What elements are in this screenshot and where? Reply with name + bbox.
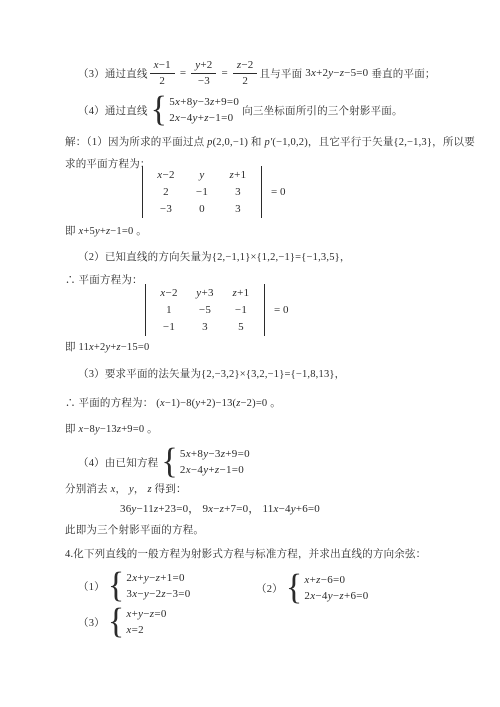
fraction-y: y+2 −3 [191, 59, 216, 87]
equals-sign: = [221, 67, 227, 79]
left-brace: { [151, 91, 168, 129]
solution1-text-line1: 解：（1）因为所求的平面过点 p(2,0,−1) 和 p′(−1,0,2)，且它… [65, 134, 475, 149]
question4-sub2-equation-1: x+z−6=0 [304, 574, 368, 586]
solution4-projection-equations: 36y−11z+23=0， 9x−z+7=0， 11x−4y+6=0 [120, 500, 320, 516]
problem3-lead: （3）通过直线 [78, 66, 148, 81]
question4-sub3-equation-2: x=2 [126, 624, 166, 636]
problem4-system: { 5x+8y−3z+9=0 2x−4y+z−1=0 [151, 92, 240, 128]
solution4-conclusion: 此即为三个射影平面的方程。 [65, 522, 204, 537]
determinant-1-rhs: = 0 [271, 186, 285, 198]
fraction-z: z−2 2 [233, 59, 258, 87]
determinant-1: x−2 y z+1 2 −1 3 −3 0 3 = 0 [142, 166, 285, 218]
solution4-line: （4）由已知方程 { 5x+8y−3z+9=0 2x−4y+z−1=0 [78, 442, 253, 482]
solution4-equation-2: 2x−4y+z−1=0 [180, 464, 250, 476]
solution2-text-line2: ∴ 平面方程为： [65, 272, 143, 287]
problem4-tail: 向三坐标面所引的三个射影平面。 [242, 103, 403, 118]
solution3-text-line2: ∴ 平面的方程为： (x−1)−8(y+2)−13(z−2)=0 。 [65, 395, 281, 410]
question4-sub1-label: （1） [78, 579, 105, 594]
question4-sub3: （3） { x+y−z=0 x=2 [78, 602, 170, 642]
fraction-z-numerator: z−2 [233, 59, 258, 74]
solution2-text-line1: （2）已知直线的方向矢量为{2,−1,1}×{1,2,−1}={−1,3,5}， [78, 249, 351, 264]
determinant-2: x−2 y+3 z+1 1 −5 −1 −1 3 5 = 0 [145, 284, 288, 336]
fraction-z-denominator: 2 [233, 74, 258, 88]
solution4-system: { 5x+8y−3z+9=0 2x−4y+z−1=0 [161, 444, 250, 480]
fraction-x: x−1 2 [150, 59, 175, 87]
left-brace: { [108, 567, 125, 605]
problem4-equation-1: 5x+8y−3z+9=0 [169, 96, 239, 108]
problem4-equation-2: 2x−4y+z−1=0 [169, 112, 239, 124]
fraction-x-denominator: 2 [150, 74, 175, 88]
question4-heading: 4.化下列直线的一般方程为射影式方程与标准方程，并求出直线的方向余弦： [65, 546, 426, 561]
solution1-result: 即 x+5y+z−1=0 。 [65, 223, 147, 238]
solution3-result: 即 x−8y−13z+9=0 。 [65, 421, 158, 436]
fraction-x-numerator: x−1 [150, 59, 175, 74]
determinant-2-rhs: = 0 [274, 304, 288, 316]
question4-sub2-system: { x+z−6=0 2x−4y−z+6=0 [286, 570, 369, 606]
question4-sub2: （2） { x+z−6=0 2x−4y−z+6=0 [256, 568, 372, 608]
question4-sub1: （1） { 2x+y−z+1=0 3x−y−2z−3=0 [78, 566, 194, 606]
solution1-text-line2: 求的平面方程为： [65, 156, 151, 171]
solution3-text-line1: （3）要求平面的法矢量为{2,−3,2}×{3,2,−1}={−1,8,13}， [78, 366, 345, 381]
problem3-mid: 且与平面 [259, 66, 302, 81]
solution2-result: 即 11x+2y+z−15=0 [65, 339, 149, 354]
question4-sub1-equation-1: 2x+y−z+1=0 [126, 572, 190, 584]
problem3-plane-equation: 3x+2y−z−5=0 [305, 67, 368, 79]
question4-sub3-system: { x+y−z=0 x=2 [108, 604, 167, 640]
solution4-lead: （4）由已知方程 [78, 455, 158, 470]
question4-sub1-equation-2: 3x−y−2z−3=0 [126, 588, 190, 600]
fraction-y-numerator: y+2 [191, 59, 216, 74]
problem3-tail: 垂直的平面； [371, 66, 435, 81]
question4-sub2-label: （2） [256, 581, 283, 596]
problem4-lead: （4）通过直线 [78, 103, 148, 118]
equals-sign: = [180, 67, 186, 79]
worksheet-page: （3）通过直线 x−1 2 = y+2 −3 = z−2 2 且与平面 3x+2… [0, 0, 500, 707]
solution4-equation-1: 5x+8y−3z+9=0 [180, 448, 250, 460]
question4-sub3-label: （3） [78, 615, 105, 630]
question4-sub2-equation-2: 2x−4y−z+6=0 [304, 590, 368, 602]
problem3-line: （3）通过直线 x−1 2 = y+2 −3 = z−2 2 且与平面 3x+2… [78, 56, 436, 90]
left-brace: { [108, 603, 125, 641]
left-brace: { [286, 569, 303, 607]
solution4-eliminate-line: 分别消去 x， y， z 得到： [65, 481, 187, 496]
question4-sub1-system: { 2x+y−z+1=0 3x−y−2z−3=0 [108, 568, 191, 604]
problem4-line: （4）通过直线 { 5x+8y−3z+9=0 2x−4y+z−1=0 向三坐标面… [78, 90, 403, 130]
left-brace: { [161, 443, 178, 481]
question4-sub3-equation-1: x+y−z=0 [126, 608, 166, 620]
fraction-y-denominator: −3 [191, 74, 216, 88]
